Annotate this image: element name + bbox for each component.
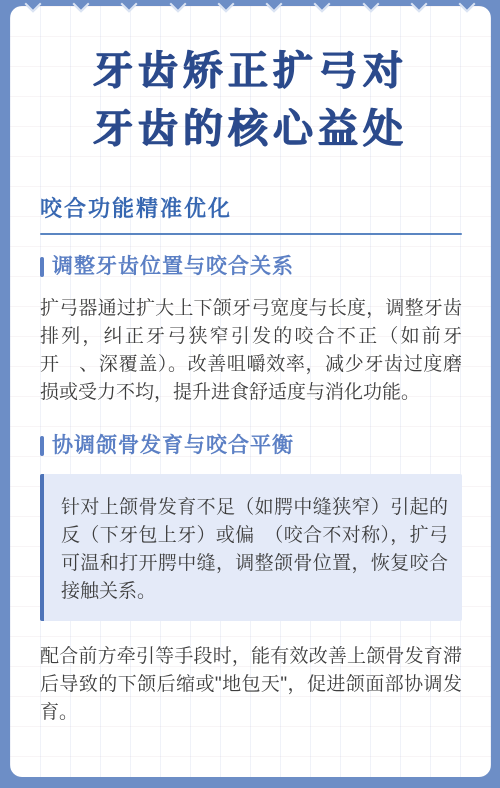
subsection-2-body: 配合前方牵引等手段时，能有效改善上颌骨发育滞后导致的下颌后缩或"地包天"，促进颌… <box>40 643 462 727</box>
page-title-line-1: 牙齿矫正扩弓对 <box>10 42 491 100</box>
subsection-1-body: 扩弓器通过扩大上下颌牙弓宽度与长度，调整牙齿排列，纠正牙弓狭窄引发的咬合不正（如… <box>40 295 462 407</box>
subsection-heading-1-label: 调整牙齿位置与咬合关系 <box>52 254 294 280</box>
poster: 牙齿矫正扩弓对 牙齿的核心益处 咬合功能精准优化 调整牙齿位置与咬合关系 扩弓器… <box>0 0 500 788</box>
highlight-box: 针对上颌骨发育不足（如腭中缝狭窄）引起的反（下牙包上牙）或偏 （咬合不对称），扩… <box>40 474 462 621</box>
section-divider <box>40 233 462 235</box>
subsection-heading-2: 协调颌骨发育与咬合平衡 <box>40 433 462 459</box>
highlight-box-text: 针对上颌骨发育不足（如腭中缝狭窄）引起的反（下牙包上牙）或偏 （咬合不对称），扩… <box>61 494 448 606</box>
subsection-heading-1: 调整牙齿位置与咬合关系 <box>40 254 462 280</box>
page-title-line-2: 牙齿的核心益处 <box>10 100 491 158</box>
heading-bar-icon <box>40 436 44 456</box>
content-card: 牙齿矫正扩弓对 牙齿的核心益处 咬合功能精准优化 调整牙齿位置与咬合关系 扩弓器… <box>10 6 491 777</box>
heading-bar-icon <box>40 257 44 277</box>
page-title: 牙齿矫正扩弓对 牙齿的核心益处 <box>10 42 491 158</box>
content-area: 咬合功能精准优化 调整牙齿位置与咬合关系 扩弓器通过扩大上下颌牙弓宽度与长度，调… <box>10 194 491 727</box>
subsection-heading-2-label: 协调颌骨发育与咬合平衡 <box>52 433 294 459</box>
section-header: 咬合功能精准优化 <box>40 194 462 224</box>
